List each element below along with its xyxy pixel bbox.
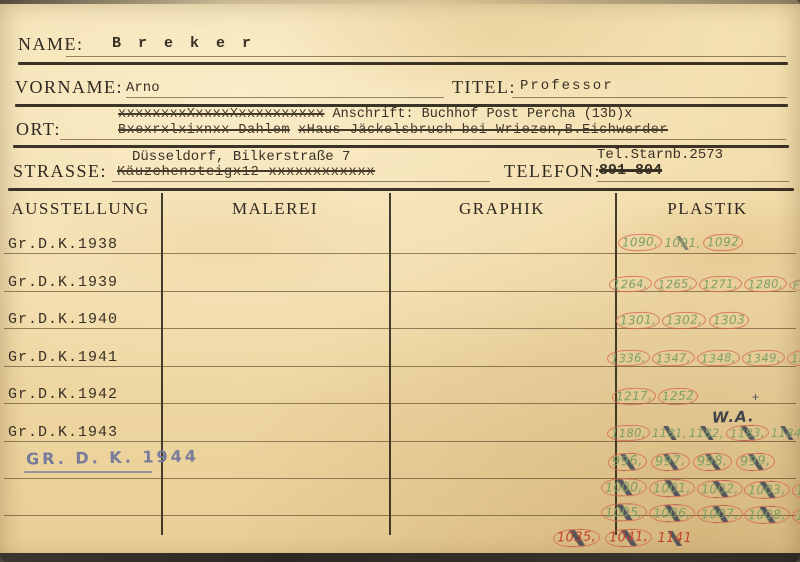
catalog-number: 1035, (553, 528, 601, 548)
vorname-label: VORNAME: (15, 77, 123, 98)
rule-4 (8, 188, 794, 191)
catalog-number: 997, (650, 452, 689, 472)
catalog-number: 1041, (605, 528, 653, 548)
telefon-note: Tel.Starnb.2573 (597, 147, 723, 163)
catalog-number: 1301, (616, 311, 661, 330)
catalog-number: 1181, (652, 426, 687, 440)
catalog-number: 1090, (618, 233, 663, 252)
catalog-number: 1091, (664, 236, 700, 250)
row-label-1941: Gr.D.K.1941 (8, 349, 118, 366)
catalog-number: 1008, (744, 505, 790, 523)
catalog-number: 1347, (652, 349, 695, 367)
catalog-number: 1003, (744, 480, 790, 498)
ort-crossed-berlin: Bxexrxlxixnxx Dahlem (118, 123, 290, 138)
catalog-number: 1252 (658, 387, 699, 405)
titel-underline (512, 97, 787, 98)
telefon-underline (597, 181, 789, 182)
plastik-entries-1944-line1: 996, 997, 998, 999, (608, 453, 774, 471)
ort-label: ORT: (16, 119, 61, 140)
row-label-1939: Gr.D.K.1939 (8, 274, 118, 291)
ort-line2: Bxexrxlxixnxx Dahlem xHaus Jäckelsbruch … (118, 123, 668, 138)
telefon-crossed-value: 891 804 (599, 162, 662, 179)
plastik-entries-1938: 1090, 1091, 1092 (618, 234, 743, 251)
catalog-number: 1009 (792, 506, 800, 524)
catalog-number: 1217, (612, 387, 657, 406)
plastik-entries-1944-line4: 1035, 1041, 1141 (553, 529, 692, 547)
row-label-1943: Gr.D.K.1943 (8, 424, 118, 441)
catalog-number: 1184 (771, 426, 800, 440)
plus-mark: + (752, 390, 759, 404)
strasse-crossed-value: Käuzchensteigx12 xxxxxxxxxxxx (117, 164, 375, 180)
name-value: B r e k e r (112, 35, 255, 52)
catalog-number: 1006, (649, 504, 695, 522)
catalog-number: 1141 (657, 531, 692, 546)
scan-edge-bottom (0, 553, 800, 562)
catalog-number: 1265, (654, 275, 697, 293)
name-label: NAME: (18, 34, 84, 55)
row-label-1938: Gr.D.K.1938 (8, 236, 118, 253)
titel-value: Professor (520, 78, 614, 94)
plastik-entries-1944-line3: 1005, 1006, 1007, 1008, 1009 (601, 503, 800, 525)
catalog-number: 1001, (649, 479, 695, 497)
catalog-number: 1271, (699, 275, 742, 293)
catalog-number: 1349, (742, 349, 785, 367)
vorname-value: Arno (126, 80, 160, 96)
catalog-note: Führergesch. (788, 274, 800, 293)
ort-underline (60, 139, 786, 140)
index-card: NAME: B r e k e r VORNAME: Arno TITEL: P… (0, 0, 800, 562)
anschrift-text: Anschrift: Buchhof Post Percha (13b)x (333, 107, 633, 122)
catalog-number: 1007, (696, 505, 742, 523)
plastik-entries-1940: 1301, 1302, 1303 (616, 312, 749, 329)
titel-label: TITEL: (452, 77, 516, 98)
ort-line1: xxxxxxxxXxxxxXxxxxxxxxxx Anschrift: Buch… (118, 107, 632, 122)
column-divider-2 (389, 193, 391, 535)
catalog-number: 1005, (601, 503, 647, 521)
strasse-underline (112, 181, 490, 182)
rule-1 (18, 62, 788, 65)
catalog-number: 1180, (607, 424, 650, 442)
row-label-1942: Gr.D.K.1942 (8, 386, 118, 403)
catalog-number: 1336, (607, 349, 650, 367)
strasse-label: STRASSE: (13, 161, 107, 182)
plastik-entries-1939: 1264, 1265, 1271, 1280, Führergesch. (609, 276, 800, 292)
wa-annotation: W.A. (712, 407, 755, 426)
scan-edge-top (0, 0, 800, 4)
row-label-1944-underline (24, 471, 152, 473)
catalog-number: 1352 (786, 349, 800, 367)
catalog-number: 1183, (726, 424, 769, 442)
catalog-number: 1264, (609, 275, 652, 293)
vorname-underline (126, 97, 444, 98)
catalog-number: 1302, (662, 311, 707, 330)
ort-crossed-text: xxxxxxxxXxxxxXxxxxxxxxxx (118, 107, 324, 122)
plastik-entries-1941: 1336, 1347, 1348, 1349, 1352 (607, 350, 800, 366)
plastik-entries-1944-line2: 1000, 1001, 1002, 1003, 1004 (601, 478, 800, 500)
catalog-number: 1182, (689, 426, 724, 440)
catalog-number: 1280, (744, 275, 787, 293)
row-line-1938 (4, 253, 796, 254)
catalog-number: 1000, (601, 478, 647, 496)
row-label-1940: Gr.D.K.1940 (8, 311, 118, 328)
ort-crossed-jaeckelsbruch: xHaus Jäckelsbruch bei Wriezen,B.Eichwer… (298, 123, 668, 138)
catalog-number: 1348, (697, 349, 740, 367)
catalog-number: 1004 (792, 481, 800, 499)
header-plastik: PLASTIK (615, 199, 800, 219)
header-ausstellung: AUSSTELLUNG (0, 199, 161, 219)
row-label-1944-handwritten: GR. D. K. 1944 (26, 446, 199, 468)
catalog-number: 999, (735, 452, 774, 472)
catalog-number: 998, (693, 452, 732, 472)
plastik-entries-1943: 1180, 1181, 1182, 1183, 1184 (607, 425, 800, 441)
catalog-number: 1002, (696, 480, 742, 498)
catalog-number: 1303 (708, 311, 749, 329)
header-graphik: GRAPHIK (389, 199, 615, 219)
strasse-above-value: Düsseldorf, Bilkerstraße 7 (132, 149, 350, 165)
catalog-number: 1092 (702, 233, 743, 251)
catalog-number: 996, (608, 452, 647, 472)
telefon-label: TELEFON: (504, 161, 601, 182)
header-malerei: MALEREI (161, 199, 389, 219)
column-divider-1 (161, 193, 163, 535)
plastik-entries-1942: 1217, 1252 (612, 388, 699, 405)
name-underline (66, 56, 786, 57)
